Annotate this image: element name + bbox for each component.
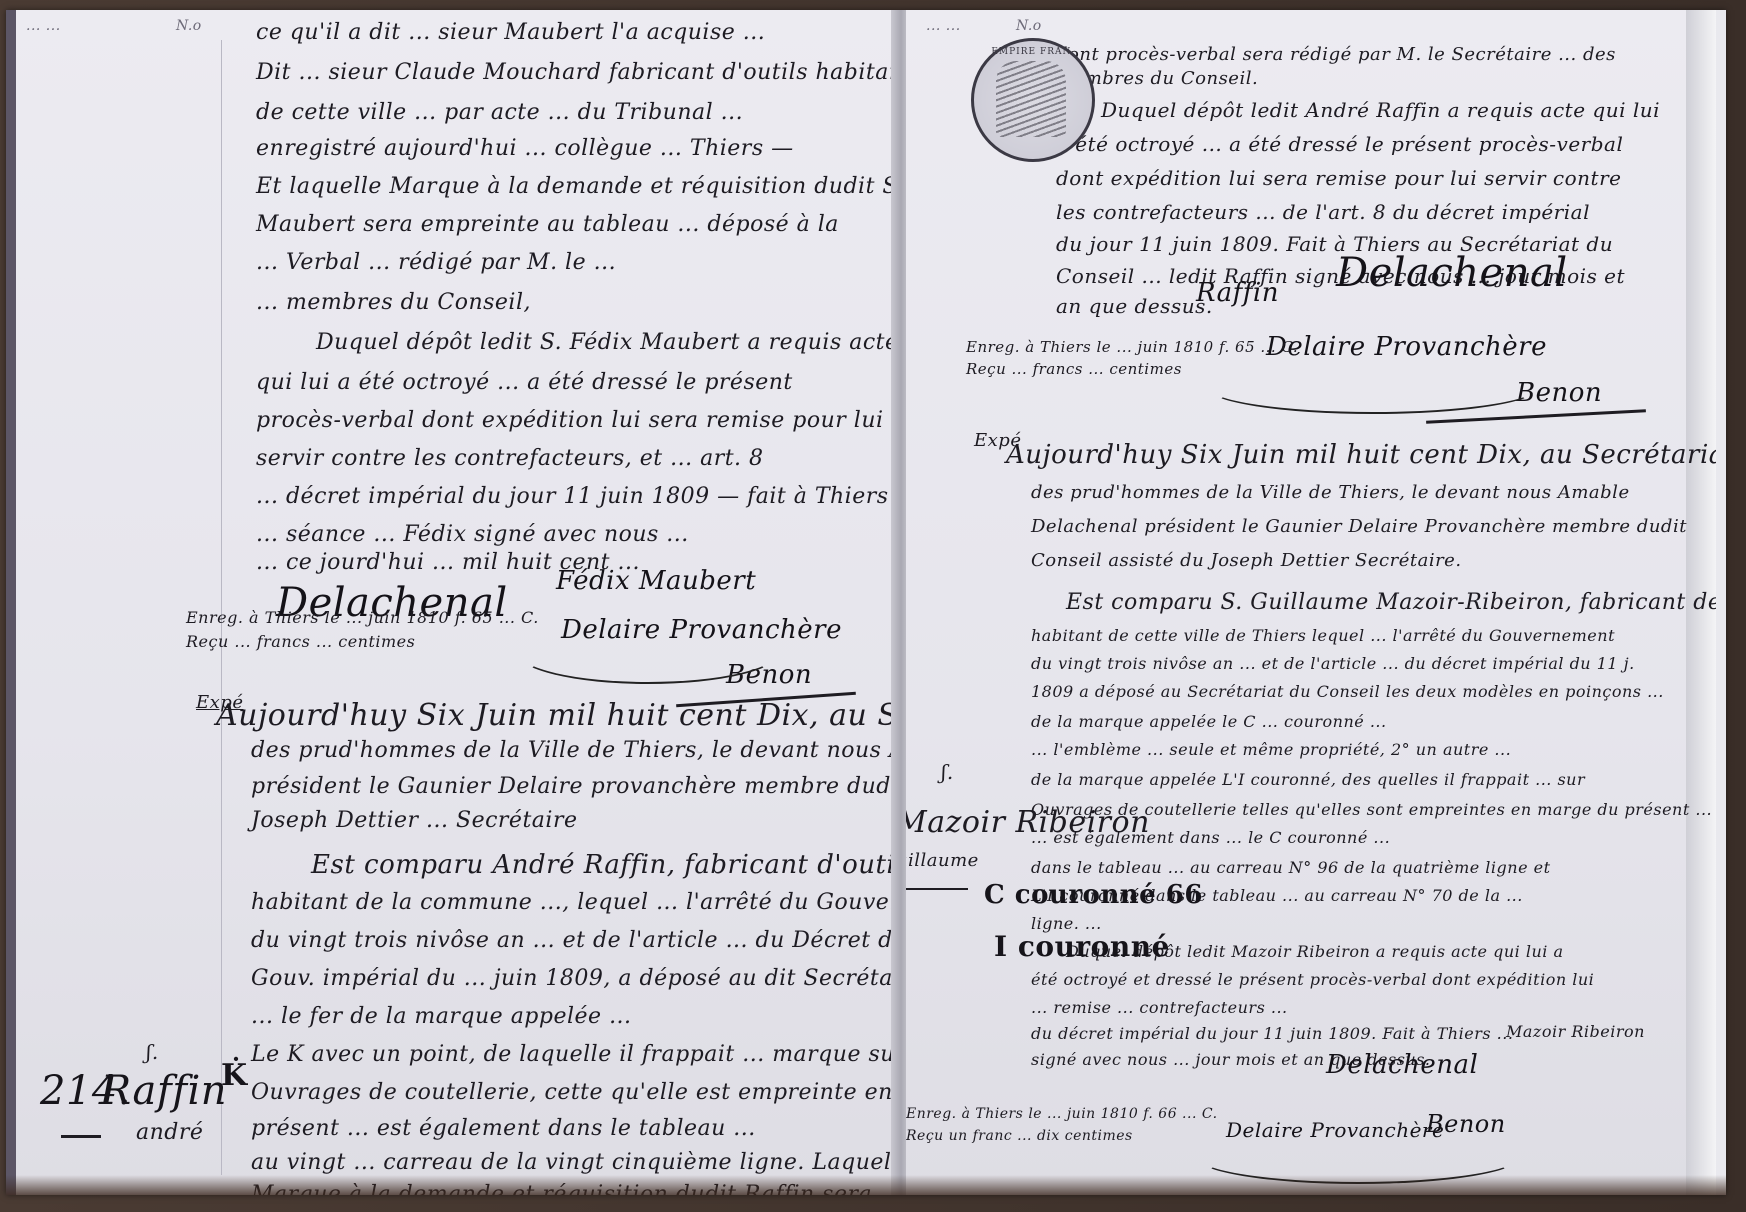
entry-name: Mazoir Ribeiron: [906, 805, 1150, 840]
header-note: N.o: [1016, 18, 1042, 34]
signature-delaire-provanchere: Delaire Provanchère: [1266, 332, 1547, 362]
registration-note: Reçu ... francs ... centimes: [186, 632, 415, 651]
text-line: Conseil assisté du Joseph Dettier Secrét…: [1031, 550, 1462, 571]
text-line: Joseph Dettier ... Secrétaire: [251, 808, 577, 833]
text-line: dont procès-verbal sera rédigé par M. le…: [1056, 44, 1616, 65]
text-line: Gouv. impérial du ... juin 1809, a dépos…: [251, 966, 906, 991]
text-line: ce qu'il a dit ... sieur Maubert l'a acq…: [256, 20, 765, 45]
signature-flourish: [516, 620, 780, 684]
signature-mazoir-ribeiron: Mazoir Ribeiron: [1506, 1022, 1645, 1041]
right-page: ... ... N.o dont procès-verbal sera rédi…: [906, 10, 1716, 1195]
text-line: du décret impérial du jour 11 juin 1809.…: [1031, 1024, 1513, 1043]
signature-maubert: Fédix Maubert: [556, 566, 756, 596]
text-line: Duquel dépôt ledit André Raffin a requis…: [1101, 98, 1660, 122]
maker-mark-crowned-i: I couronné: [994, 930, 1170, 963]
text-line: été octroyé et dressé le présent procès-…: [1031, 970, 1594, 989]
text-line: servir contre les contrefacteurs, et ...…: [256, 446, 764, 471]
header-note: N.o: [176, 18, 202, 34]
page-shadow: [6, 1175, 1726, 1195]
seal-figure-icon: [996, 61, 1066, 137]
text-line: ... décret impérial du jour 11 juin 1809…: [256, 484, 889, 509]
maker-mark-k: K̇: [221, 1058, 248, 1093]
text-line: a été octroyé ... a été dressé le présen…: [1056, 132, 1623, 156]
stamp-text: EMPIRE FRAN.: [974, 47, 1092, 57]
text-line: du vingt trois nivôse an ... et de l'art…: [251, 928, 906, 953]
text-line: Duquel dépôt ledit S. Fédix Maubert a re…: [316, 330, 899, 355]
text-line: du vingt trois nivôse an ... et de l'art…: [1031, 654, 1635, 673]
signature-delachenal: Delachenal: [1326, 1050, 1478, 1080]
text-line: présent ... est également dans le tablea…: [251, 1116, 756, 1141]
text-line: des prud'hommes de la Ville de Thiers, l…: [1031, 482, 1630, 503]
open-register-book: ... ... N.o ce qu'il a dit ... sieur Mau…: [6, 10, 1726, 1195]
text-line: dont expédition lui sera remise pour lui…: [1056, 166, 1621, 190]
imperial-seal-stamp: EMPIRE FRAN.: [971, 38, 1095, 162]
text-line: ... l'emblème ... seule et même propriét…: [1031, 740, 1511, 759]
registration-note: Reçu un franc ... dix centimes: [906, 1128, 1133, 1144]
text-line: dans le tableau ... au carreau N° 96 de …: [1031, 858, 1551, 877]
registration-note: Enreg. à Thiers le ... juin 1810 f. 66 .…: [906, 1106, 1218, 1122]
text-line: président le Gaunier Delaire provanchère…: [251, 774, 906, 799]
text-line: habitant de cette ville de Thiers lequel…: [1031, 626, 1615, 645]
text-line: enregistré aujourd'hui ... collègue ... …: [256, 136, 794, 161]
text-line: des prud'hommes de la Ville de Thiers, l…: [251, 738, 906, 763]
entry-name: Raffin: [101, 1068, 227, 1114]
text-line: ... membres du Conseil,: [256, 290, 531, 315]
entry-heading: Aujourd'huy Six Juin mil huit cent Dix, …: [1006, 440, 1716, 470]
text-line: procès-verbal dont expédition lui sera r…: [256, 408, 884, 433]
signature-flourish: [1206, 360, 1540, 414]
text-line: 1809 a déposé au Secrétariat du Conseil …: [1031, 682, 1664, 701]
text-line: Est comparu André Raffin, fabricant d'ou…: [311, 850, 906, 880]
text-line: Maubert sera empreinte au tableau ... dé…: [256, 212, 839, 237]
entry-heading: Aujourd'huy Six Juin mil huit cent Dix, …: [216, 698, 906, 733]
text-line: Le K avec un point, de laquelle il frapp…: [251, 1042, 906, 1067]
signature-raffin: Raffin: [1196, 278, 1279, 308]
text-line: au vingt ... carreau de la vingt cinquiè…: [251, 1150, 906, 1175]
registration-note: Reçu ... francs ... centimes: [966, 360, 1182, 378]
maker-mark-crowned-c: C couronné 66: [984, 880, 1203, 910]
registration-note: Enreg. à Thiers le ... juin 1810 f. 65 .…: [186, 608, 539, 627]
text-line: habitant de la commune ..., lequel ... l…: [251, 890, 906, 915]
text-line: de la marque appelée L'I couronné, des q…: [1031, 770, 1585, 789]
text-line: Dit ... sieur Claude Mouchard fabricant …: [256, 60, 906, 85]
text-line: de la marque appelée le C ... couronné .…: [1031, 712, 1387, 731]
text-line: Delachenal président le Gaunier Delaire …: [1031, 516, 1687, 537]
header-note: ... ...: [26, 18, 61, 34]
registration-note: Enreg. à Thiers le ... juin 1810 f. 65 .…: [966, 338, 1298, 356]
text-line: Est comparu S. Guillaume Mazoir-Ribeiron…: [1066, 590, 1716, 615]
text-line: Et laquelle Marque à la demande et réqui…: [256, 174, 906, 199]
text-line: de cette ville ... par acte ... du Tribu…: [256, 100, 743, 125]
text-line: les contrefacteurs ... de l'art. 8 du dé…: [1056, 200, 1590, 224]
entry-first-name: andré: [136, 1120, 203, 1145]
text-line: an que dessus.: [1056, 294, 1213, 318]
text-line: ... remise ... contrefacteurs ...: [1031, 998, 1288, 1017]
margin-dash: [906, 888, 968, 890]
folio-mark: ʃ.: [941, 760, 954, 784]
text-line: ... le fer de la marque appelée ...: [251, 1004, 632, 1029]
header-note: ... ...: [926, 18, 961, 34]
signature-flourish: [1426, 409, 1646, 424]
margin-dash: [61, 1135, 101, 1138]
text-line: ... Verbal ... rédigé par M. le ...: [256, 250, 616, 275]
signature-delachenal: Delachenal: [1336, 250, 1568, 296]
entry-first-name: Guillaume: [906, 850, 979, 871]
folio-mark: ʃ.: [146, 1040, 159, 1064]
text-line: ... séance ... Fédix signé avec nous ...: [256, 522, 689, 547]
text-line: Ouvrages de coutellerie, cette qu'elle e…: [251, 1080, 906, 1105]
left-page: ... ... N.o ce qu'il a dit ... sieur Mau…: [6, 10, 906, 1195]
text-line: qui lui a été octroyé ... a été dressé l…: [256, 370, 793, 395]
